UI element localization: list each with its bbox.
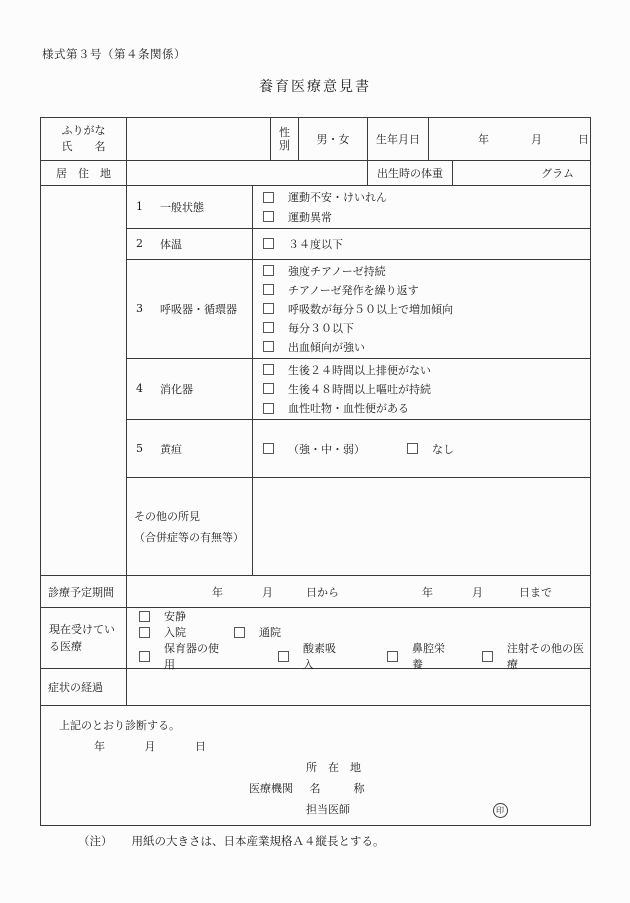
birthdate-field[interactable]: 年 月 日 bbox=[429, 118, 590, 160]
birth-day-label: 日 bbox=[578, 131, 589, 147]
seal-icon: 印 bbox=[493, 803, 508, 818]
checkbox[interactable] bbox=[263, 322, 274, 333]
checkbox[interactable] bbox=[263, 403, 274, 414]
symptom-category: 4 消化器 bbox=[127, 359, 253, 420]
checkbox[interactable] bbox=[263, 341, 274, 352]
symptom-option-label: 生後２４時間以上排便がない bbox=[288, 362, 431, 378]
symptom-row-respiratory: 3 呼吸器・循環器 強度チアノーゼ持続 チアノーゼ発作を繰り返す bbox=[127, 260, 590, 359]
checkbox[interactable] bbox=[263, 303, 274, 314]
checkbox[interactable] bbox=[263, 192, 274, 203]
diagnosis-content: 上記のとおり診断する。 年 月 日 所 在 地 医療機関 名 称 担当医師 印 bbox=[41, 706, 590, 826]
birthdate-label: 生年月日 bbox=[368, 118, 429, 160]
checkbox[interactable] bbox=[482, 651, 493, 662]
checkbox[interactable] bbox=[263, 265, 274, 276]
diagnosis-date-month: 月 bbox=[145, 740, 156, 753]
care-option-line: 保育器の使用 酸素吸入 鼻腔栄養 注射その他の医療 bbox=[139, 640, 590, 672]
sex-label-top: 性 bbox=[279, 126, 290, 139]
symptom-course-row: 症状の経過 bbox=[41, 669, 590, 706]
symptom-category-label: 呼吸器・循環器 bbox=[160, 301, 237, 317]
checkbox[interactable] bbox=[139, 651, 150, 662]
symptom-option: 運動不安・けいれん bbox=[263, 189, 590, 205]
name-label: 氏 名 bbox=[62, 139, 106, 155]
period-to-month: 月 bbox=[472, 584, 483, 600]
symptom-option-label: （強・中・弱） bbox=[288, 441, 365, 457]
institution-name-label: 名 称 bbox=[310, 782, 365, 795]
care-option-line: 入院 通院 bbox=[139, 624, 590, 640]
name-label-cell: ふりがな 氏 名 bbox=[41, 118, 127, 160]
symptom-category: 5 黄疸 bbox=[127, 420, 253, 477]
birth-weight-label: 出生時の体重 bbox=[368, 161, 453, 185]
symptom-number: 1 bbox=[136, 200, 143, 213]
other-findings-row: その他の所見 （合併症等の有無等） bbox=[127, 478, 590, 575]
checkbox[interactable] bbox=[234, 627, 245, 638]
furigana-label: ふりがな bbox=[62, 123, 106, 139]
period-from-month: 月 bbox=[262, 584, 273, 600]
footer-note-text: 用紙の大きさは、日本産業規格Ａ４縦長とする。 bbox=[132, 834, 385, 848]
symptom-number: 4 bbox=[136, 382, 143, 395]
sex-label: 性 別 bbox=[271, 118, 299, 160]
care-option-label: 安静 bbox=[164, 608, 186, 624]
treatment-period-field[interactable]: 年 月 日から 年 月 日まで bbox=[127, 576, 590, 607]
symptom-category: 2 体温 bbox=[127, 229, 253, 259]
symptom-category-label: 黄疸 bbox=[160, 441, 182, 457]
form-table: ふりがな 氏 名 性 別 男・女 生年月日 年 月 日 居 住 地 出生時の体重… bbox=[40, 117, 591, 826]
symptom-option-label: なし bbox=[432, 441, 454, 457]
symptom-option-label: 強度チアノーゼ持続 bbox=[288, 263, 386, 279]
symptom-option-label: 毎分３０以下 bbox=[288, 320, 354, 336]
checkbox[interactable] bbox=[263, 364, 274, 375]
sex-label-bottom: 別 bbox=[279, 139, 290, 152]
symptom-row-general: 1 一般状態 運動不安・けいれん 運動異常 bbox=[127, 186, 590, 229]
treatment-period-label: 診療予定期間 bbox=[41, 576, 127, 607]
symptom-option: 生後２４時間以上排便がない bbox=[263, 362, 590, 378]
period-from-year: 年 bbox=[212, 584, 223, 600]
symptom-block-left-spacer bbox=[41, 186, 127, 575]
care-option-label: 鼻腔栄養 bbox=[412, 640, 453, 672]
diagnosis-block: 上記のとおり診断する。 年 月 日 所 在 地 医療機関 名 称 担当医師 印 bbox=[41, 706, 590, 826]
other-findings-label: その他の所見 （合併症等の有無等） bbox=[127, 478, 253, 575]
symptom-option-label: 血性吐物・血性便がある bbox=[288, 400, 409, 416]
form-number: 様式第３号（第４条関係） bbox=[42, 46, 186, 62]
symptom-option-label: 運動不安・けいれん bbox=[288, 189, 387, 205]
care-option-label: 通院 bbox=[259, 624, 281, 640]
symptom-block: 1 一般状態 運動不安・けいれん 運動異常 bbox=[41, 186, 590, 576]
symptom-options: ３４度以下 bbox=[253, 229, 590, 259]
symptom-options: 強度チアノーゼ持続 チアノーゼ発作を繰り返す 呼吸数が毎分５０以上で増加傾向 bbox=[253, 260, 590, 358]
checkbox[interactable] bbox=[263, 238, 274, 249]
sex-options[interactable]: 男・女 bbox=[299, 118, 368, 160]
care-option-label: 注射その他の医療 bbox=[507, 640, 590, 672]
symptom-option: 生後４８時間以上嘔吐が持続 bbox=[263, 381, 590, 397]
diagnosis-date-year: 年 bbox=[94, 740, 105, 753]
checkbox[interactable] bbox=[387, 651, 398, 662]
checkbox[interactable] bbox=[139, 627, 150, 638]
symptom-category: 3 呼吸器・循環器 bbox=[127, 260, 253, 358]
checkbox[interactable] bbox=[263, 443, 274, 454]
symptom-number: 5 bbox=[136, 442, 143, 455]
symptom-number: 2 bbox=[136, 237, 143, 250]
period-from-day: 日から bbox=[306, 584, 339, 600]
symptom-number: 3 bbox=[136, 302, 143, 315]
symptom-row-digestive: 4 消化器 生後２４時間以上排便がない 生後４８時間以上嘔吐が持続 bbox=[127, 359, 590, 421]
address-row: 居 住 地 出生時の体重 グラム bbox=[41, 161, 590, 186]
symptom-row-jaundice: 5 黄疸 （強・中・弱） なし bbox=[127, 420, 590, 478]
symptom-category-label: 体温 bbox=[160, 236, 182, 252]
care-option-label: 入院 bbox=[164, 624, 186, 640]
location-label: 所 在 地 bbox=[306, 761, 361, 774]
other-findings-label-line1: その他の所見 bbox=[134, 509, 252, 524]
current-care-label: 現在受けている医療 bbox=[41, 608, 127, 668]
symptom-option: チアノーゼ発作を繰り返す bbox=[263, 282, 590, 298]
checkbox[interactable] bbox=[263, 383, 274, 394]
symptom-course-input-field[interactable] bbox=[127, 669, 590, 705]
symptom-category-label: 消化器 bbox=[160, 381, 193, 397]
symptom-option: 運動異常 bbox=[263, 209, 590, 225]
checkbox[interactable] bbox=[139, 611, 150, 622]
identity-row: ふりがな 氏 名 性 別 男・女 生年月日 年 月 日 bbox=[41, 118, 590, 161]
care-option-label: 酸素吸入 bbox=[303, 640, 344, 672]
other-findings-label-line2: （合併症等の有無等） bbox=[134, 530, 252, 545]
symptom-category-label: 一般状態 bbox=[160, 199, 204, 215]
symptom-options: 運動不安・けいれん 運動異常 bbox=[253, 186, 590, 228]
symptom-option: 強度チアノーゼ持続 bbox=[263, 263, 590, 279]
birth-weight-field[interactable]: グラム bbox=[453, 161, 590, 185]
diagnosis-statement: 上記のとおり診断する。 bbox=[59, 719, 180, 732]
symptom-option: 血性吐物・血性便がある bbox=[263, 400, 590, 416]
diagnosis-date-field[interactable]: 年 月 日 bbox=[41, 736, 590, 757]
symptom-category: 1 一般状態 bbox=[127, 186, 253, 228]
doctor-label: 担当医師 bbox=[306, 803, 350, 816]
symptom-option: 出血傾向が強い bbox=[263, 339, 590, 355]
checkbox[interactable] bbox=[263, 284, 274, 295]
care-option-label: 保育器の使用 bbox=[164, 640, 226, 672]
current-care-row: 現在受けている医療 安静 入院 通院 保育器の使用 酸素吸入 鼻腔栄養 注射その… bbox=[41, 608, 590, 669]
symptom-option-label: 生後４８時間以上嘔吐が持続 bbox=[288, 381, 431, 397]
symptom-course-label: 症状の経過 bbox=[41, 669, 127, 705]
checkbox[interactable] bbox=[407, 443, 418, 454]
other-findings-input-field[interactable] bbox=[253, 478, 590, 575]
symptom-option-label: 出血傾向が強い bbox=[288, 339, 365, 355]
symptom-option-label: 呼吸数が毎分５０以上で増加傾向 bbox=[288, 301, 453, 317]
footer-note: （注）用紙の大きさは、日本産業規格Ａ４縦長とする。 bbox=[78, 833, 385, 849]
address-input-field[interactable] bbox=[127, 161, 368, 185]
address-label: 居 住 地 bbox=[41, 161, 127, 185]
birth-month-label: 月 bbox=[531, 131, 542, 147]
institution-label: 医療機関 bbox=[249, 782, 293, 795]
period-to-day: 日まで bbox=[519, 584, 552, 600]
current-care-options: 安静 入院 通院 保育器の使用 酸素吸入 鼻腔栄養 注射その他の医療 bbox=[127, 608, 590, 668]
symptom-option-label: 運動異常 bbox=[288, 209, 332, 225]
symptom-option: 呼吸数が毎分５０以上で増加傾向 bbox=[263, 301, 590, 317]
name-input-field[interactable] bbox=[127, 118, 271, 160]
symptom-row-temperature: 2 体温 ３４度以下 bbox=[127, 229, 590, 260]
footer-note-prefix: （注） bbox=[78, 834, 113, 848]
symptom-option: （強・中・弱） なし bbox=[263, 441, 590, 457]
symptom-options: （強・中・弱） なし bbox=[253, 420, 590, 477]
birth-weight-unit: グラム bbox=[541, 165, 574, 181]
symptom-option-label: ３４度以下 bbox=[288, 236, 343, 252]
care-option-line: 安静 bbox=[139, 608, 590, 624]
document-page: 様式第３号（第４条関係） 養育医療意見書 ふりがな 氏 名 性 別 男・女 生年… bbox=[0, 0, 630, 903]
treatment-period-row: 診療予定期間 年 月 日から 年 月 日まで bbox=[41, 576, 590, 608]
checkbox[interactable] bbox=[263, 211, 274, 222]
symptom-options: 生後２４時間以上排便がない 生後４８時間以上嘔吐が持続 血性吐物・血性便がある bbox=[253, 359, 590, 420]
checkbox[interactable] bbox=[278, 651, 289, 662]
period-to-year: 年 bbox=[422, 584, 433, 600]
page-title: 養育医療意見書 bbox=[0, 76, 630, 96]
symptom-option: ３４度以下 bbox=[263, 236, 590, 252]
symptom-option: 毎分３０以下 bbox=[263, 320, 590, 336]
symptom-option-label: チアノーゼ発作を繰り返す bbox=[288, 282, 419, 298]
birth-year-label: 年 bbox=[478, 131, 489, 147]
diagnosis-date-day: 日 bbox=[195, 740, 206, 753]
